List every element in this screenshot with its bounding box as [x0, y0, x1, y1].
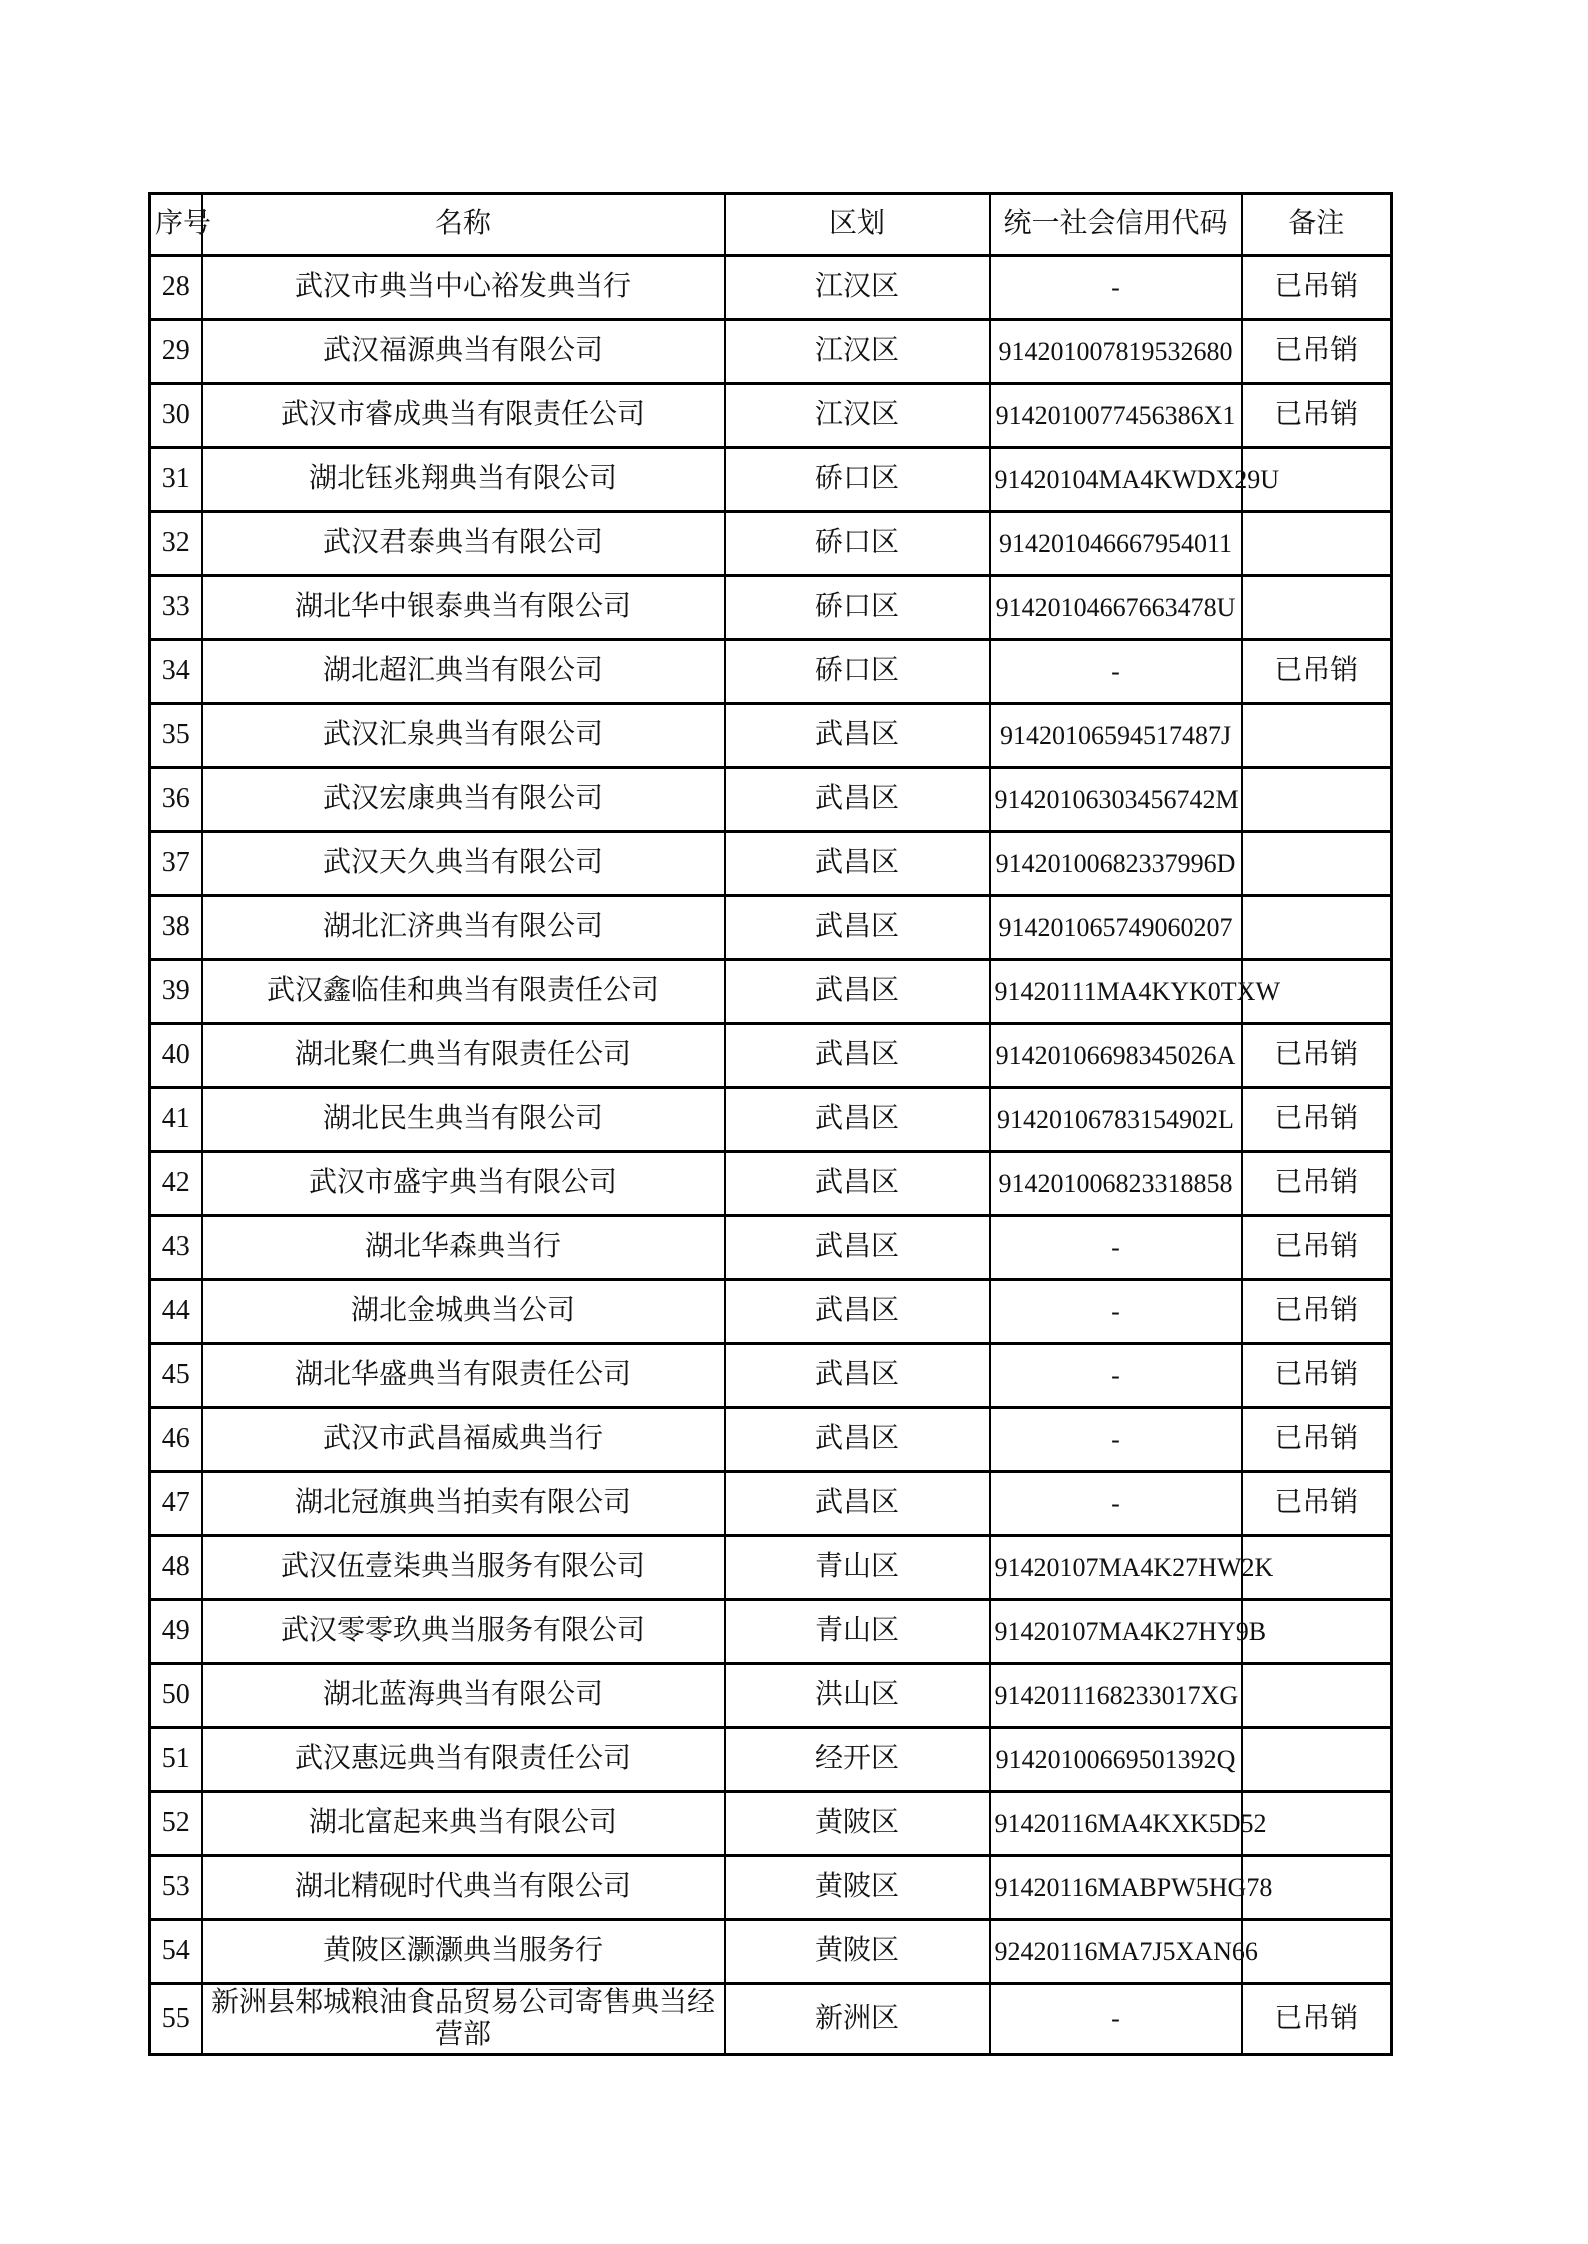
cell-district: 武昌区 — [725, 704, 990, 768]
cell-credit-code: 91420106303456742M — [990, 768, 1242, 832]
cell-name: 武汉伍壹柒典当服务有限公司 — [202, 1536, 725, 1600]
table-row: 30武汉市睿成典当有限责任公司江汉区9142010077456386X1已吊销 — [150, 384, 1392, 448]
header-row: 序号名称区划统一社会信用代码备注 — [150, 194, 1392, 256]
cell-remark — [1242, 832, 1392, 896]
cell-remark — [1242, 1664, 1392, 1728]
cell-remark — [1242, 1728, 1392, 1792]
table-row: 36武汉宏康典当有限公司武昌区91420106303456742M — [150, 768, 1392, 832]
cell-remark — [1242, 704, 1392, 768]
cell-index: 50 — [150, 1664, 202, 1728]
cell-credit-code: 91420106698345026A — [990, 1024, 1242, 1088]
cell-name: 湖北钰兆翔典当有限公司 — [202, 448, 725, 512]
cell-district: 武昌区 — [725, 1152, 990, 1216]
cell-name: 武汉宏康典当有限公司 — [202, 768, 725, 832]
cell-index: 47 — [150, 1472, 202, 1536]
cell-name: 武汉市睿成典当有限责任公司 — [202, 384, 725, 448]
cell-district: 江汉区 — [725, 256, 990, 320]
cell-name: 武汉市武昌福威典当行 — [202, 1408, 725, 1472]
table-row: 39武汉鑫临佳和典当有限责任公司武昌区91420111MA4KYK0TXW — [150, 960, 1392, 1024]
table-body: 28武汉市典当中心裕发典当行江汉区-已吊销29武汉福源典当有限公司江汉区9142… — [150, 256, 1392, 2055]
cell-district: 硚口区 — [725, 576, 990, 640]
cell-remark: 已吊销 — [1242, 1280, 1392, 1344]
cell-remark: 已吊销 — [1242, 640, 1392, 704]
cell-name: 湖北富起来典当有限公司 — [202, 1792, 725, 1856]
cell-remark: 已吊销 — [1242, 1088, 1392, 1152]
cell-district: 新洲区 — [725, 1984, 990, 2055]
cell-index: 53 — [150, 1856, 202, 1920]
cell-name: 武汉福源典当有限公司 — [202, 320, 725, 384]
cell-district: 武昌区 — [725, 896, 990, 960]
cell-district: 武昌区 — [725, 768, 990, 832]
cell-district: 黄陂区 — [725, 1856, 990, 1920]
table-row: 45湖北华盛典当有限责任公司武昌区-已吊销 — [150, 1344, 1392, 1408]
cell-name: 湖北民生典当有限公司 — [202, 1088, 725, 1152]
cell-name: 新洲县邾城粮油食品贸易公司寄售典当经营部 — [202, 1984, 725, 2055]
cell-index: 28 — [150, 256, 202, 320]
cell-index: 46 — [150, 1408, 202, 1472]
cell-index: 55 — [150, 1984, 202, 2055]
cell-name: 湖北精砚时代典当有限公司 — [202, 1856, 725, 1920]
cell-index: 42 — [150, 1152, 202, 1216]
cell-remark: 已吊销 — [1242, 1984, 1392, 2055]
cell-index: 43 — [150, 1216, 202, 1280]
cell-credit-code: - — [990, 1984, 1242, 2055]
cell-index: 39 — [150, 960, 202, 1024]
cell-credit-code: 91420104667663478U — [990, 576, 1242, 640]
cell-name: 湖北汇济典当有限公司 — [202, 896, 725, 960]
cell-district: 硚口区 — [725, 448, 990, 512]
table-row: 52湖北富起来典当有限公司黄陂区91420116MA4KXK5D52 — [150, 1792, 1392, 1856]
cell-district: 黄陂区 — [725, 1920, 990, 1984]
cell-district: 武昌区 — [725, 832, 990, 896]
table-row: 50湖北蓝海典当有限公司洪山区9142011168233017XG — [150, 1664, 1392, 1728]
cell-index: 32 — [150, 512, 202, 576]
cell-name: 湖北金城典当公司 — [202, 1280, 725, 1344]
cell-index: 41 — [150, 1088, 202, 1152]
cell-credit-code: 91420106783154902L — [990, 1088, 1242, 1152]
cell-remark: 已吊销 — [1242, 1344, 1392, 1408]
table-row: 53湖北精砚时代典当有限公司黄陂区91420116MABPW5HG78 — [150, 1856, 1392, 1920]
table-row: 29武汉福源典当有限公司江汉区914201007819532680已吊销 — [150, 320, 1392, 384]
cell-credit-code: - — [990, 640, 1242, 704]
cell-credit-code: 91420106594517487J — [990, 704, 1242, 768]
table-row: 34湖北超汇典当有限公司硚口区-已吊销 — [150, 640, 1392, 704]
table-row: 55新洲县邾城粮油食品贸易公司寄售典当经营部新洲区-已吊销 — [150, 1984, 1392, 2055]
cell-district: 经开区 — [725, 1728, 990, 1792]
cell-remark: 已吊销 — [1242, 1216, 1392, 1280]
cell-district: 江汉区 — [725, 384, 990, 448]
cell-index: 31 — [150, 448, 202, 512]
cell-credit-code: - — [990, 1344, 1242, 1408]
cell-name: 湖北聚仁典当有限责任公司 — [202, 1024, 725, 1088]
cell-remark: 已吊销 — [1242, 1152, 1392, 1216]
cell-district: 武昌区 — [725, 1088, 990, 1152]
cell-name: 湖北华盛典当有限责任公司 — [202, 1344, 725, 1408]
cell-district: 洪山区 — [725, 1664, 990, 1728]
cell-remark — [1242, 576, 1392, 640]
table-row: 51武汉惠远典当有限责任公司经开区91420100669501392Q — [150, 1728, 1392, 1792]
cell-credit-code: - — [990, 1280, 1242, 1344]
table-row: 46武汉市武昌福威典当行武昌区-已吊销 — [150, 1408, 1392, 1472]
cell-credit-code: 91420111MA4KYK0TXW — [990, 960, 1242, 1024]
cell-index: 40 — [150, 1024, 202, 1088]
cell-district: 武昌区 — [725, 1344, 990, 1408]
table-row: 48武汉伍壹柒典当服务有限公司青山区91420107MA4K27HW2K — [150, 1536, 1392, 1600]
cell-index: 52 — [150, 1792, 202, 1856]
cell-credit-code: 91420100669501392Q — [990, 1728, 1242, 1792]
cell-credit-code: 91420104MA4KWDX29U — [990, 448, 1242, 512]
table-row: 49武汉零零玖典当服务有限公司青山区91420107MA4K27HY9B — [150, 1600, 1392, 1664]
cell-index: 35 — [150, 704, 202, 768]
cell-district: 武昌区 — [725, 1280, 990, 1344]
cell-name: 湖北冠旗典当拍卖有限公司 — [202, 1472, 725, 1536]
table-row: 42武汉市盛宇典当有限公司武昌区914201006823318858已吊销 — [150, 1152, 1392, 1216]
table-row: 35武汉汇泉典当有限公司武昌区91420106594517487J — [150, 704, 1392, 768]
cell-credit-code: 91420107MA4K27HW2K — [990, 1536, 1242, 1600]
cell-credit-code: 91420116MABPW5HG78 — [990, 1856, 1242, 1920]
table-row: 38湖北汇济典当有限公司武昌区914201065749060207 — [150, 896, 1392, 960]
cell-credit-code: 914201065749060207 — [990, 896, 1242, 960]
cell-remark — [1242, 768, 1392, 832]
cell-district: 黄陂区 — [725, 1792, 990, 1856]
table-row: 31湖北钰兆翔典当有限公司硚口区91420104MA4KWDX29U — [150, 448, 1392, 512]
table-header: 序号名称区划统一社会信用代码备注 — [150, 194, 1392, 256]
table-row: 40湖北聚仁典当有限责任公司武昌区91420106698345026A已吊销 — [150, 1024, 1392, 1088]
cell-district: 青山区 — [725, 1536, 990, 1600]
table-row: 47湖北冠旗典当拍卖有限公司武昌区-已吊销 — [150, 1472, 1392, 1536]
cell-credit-code: 92420116MA7J5XAN66 — [990, 1920, 1242, 1984]
cell-index: 38 — [150, 896, 202, 960]
cell-remark — [1242, 896, 1392, 960]
cell-index: 49 — [150, 1600, 202, 1664]
cell-index: 34 — [150, 640, 202, 704]
table-row: 41湖北民生典当有限公司武昌区91420106783154902L已吊销 — [150, 1088, 1392, 1152]
cell-name: 武汉市盛宇典当有限公司 — [202, 1152, 725, 1216]
cell-name: 武汉市典当中心裕发典当行 — [202, 256, 725, 320]
cell-index: 54 — [150, 1920, 202, 1984]
cell-name: 湖北蓝海典当有限公司 — [202, 1664, 725, 1728]
cell-remark: 已吊销 — [1242, 320, 1392, 384]
cell-credit-code: 91420116MA4KXK5D52 — [990, 1792, 1242, 1856]
cell-district: 武昌区 — [725, 1024, 990, 1088]
cell-name: 湖北华森典当行 — [202, 1216, 725, 1280]
cell-name: 武汉惠远典当有限责任公司 — [202, 1728, 725, 1792]
col-header-index: 序号 — [150, 194, 202, 256]
cell-name: 武汉鑫临佳和典当有限责任公司 — [202, 960, 725, 1024]
cell-remark: 已吊销 — [1242, 384, 1392, 448]
table-row: 33湖北华中银泰典当有限公司硚口区91420104667663478U — [150, 576, 1392, 640]
cell-credit-code: 91420100682337996D — [990, 832, 1242, 896]
cell-index: 44 — [150, 1280, 202, 1344]
cell-index: 33 — [150, 576, 202, 640]
table-row: 43湖北华森典当行武昌区-已吊销 — [150, 1216, 1392, 1280]
cell-index: 30 — [150, 384, 202, 448]
table-row: 54黄陂区灏灏典当服务行黄陂区92420116MA7J5XAN66 — [150, 1920, 1392, 1984]
cell-credit-code: 91420107MA4K27HY9B — [990, 1600, 1242, 1664]
cell-district: 武昌区 — [725, 960, 990, 1024]
cell-credit-code: 914201007819532680 — [990, 320, 1242, 384]
cell-remark: 已吊销 — [1242, 256, 1392, 320]
cell-credit-code: 914201006823318858 — [990, 1152, 1242, 1216]
col-header-credit-code: 统一社会信用代码 — [990, 194, 1242, 256]
cell-district: 硚口区 — [725, 512, 990, 576]
cell-name: 武汉零零玖典当服务有限公司 — [202, 1600, 725, 1664]
cell-index: 36 — [150, 768, 202, 832]
cell-remark: 已吊销 — [1242, 1472, 1392, 1536]
cell-district: 武昌区 — [725, 1408, 990, 1472]
cell-name: 武汉君泰典当有限公司 — [202, 512, 725, 576]
cell-name: 武汉汇泉典当有限公司 — [202, 704, 725, 768]
cell-district: 武昌区 — [725, 1216, 990, 1280]
cell-district: 青山区 — [725, 1600, 990, 1664]
col-header-name: 名称 — [202, 194, 725, 256]
cell-remark — [1242, 1920, 1392, 1984]
cell-index: 45 — [150, 1344, 202, 1408]
table-row: 28武汉市典当中心裕发典当行江汉区-已吊销 — [150, 256, 1392, 320]
cell-name: 黄陂区灏灏典当服务行 — [202, 1920, 725, 1984]
document-page: 序号名称区划统一社会信用代码备注 28武汉市典当中心裕发典当行江汉区-已吊销29… — [0, 0, 1588, 2244]
cell-name: 武汉天久典当有限公司 — [202, 832, 725, 896]
cell-credit-code: - — [990, 1408, 1242, 1472]
cell-remark — [1242, 512, 1392, 576]
col-header-remark: 备注 — [1242, 194, 1392, 256]
cell-remark: 已吊销 — [1242, 1024, 1392, 1088]
cell-credit-code: 9142011168233017XG — [990, 1664, 1242, 1728]
cell-credit-code: 9142010077456386X1 — [990, 384, 1242, 448]
cell-name: 湖北超汇典当有限公司 — [202, 640, 725, 704]
cell-district: 硚口区 — [725, 640, 990, 704]
cell-credit-code: - — [990, 1472, 1242, 1536]
cell-index: 37 — [150, 832, 202, 896]
table-row: 37武汉天久典当有限公司武昌区91420100682337996D — [150, 832, 1392, 896]
cell-index: 48 — [150, 1536, 202, 1600]
cell-credit-code: 914201046667954011 — [990, 512, 1242, 576]
cell-name: 湖北华中银泰典当有限公司 — [202, 576, 725, 640]
cell-district: 武昌区 — [725, 1472, 990, 1536]
table-row: 44湖北金城典当公司武昌区-已吊销 — [150, 1280, 1392, 1344]
cell-remark: 已吊销 — [1242, 1408, 1392, 1472]
cell-credit-code: - — [990, 1216, 1242, 1280]
cell-index: 29 — [150, 320, 202, 384]
col-header-district: 区划 — [725, 194, 990, 256]
cell-index: 51 — [150, 1728, 202, 1792]
pawnshop-table: 序号名称区划统一社会信用代码备注 28武汉市典当中心裕发典当行江汉区-已吊销29… — [148, 192, 1393, 2056]
cell-district: 江汉区 — [725, 320, 990, 384]
table-row: 32武汉君泰典当有限公司硚口区914201046667954011 — [150, 512, 1392, 576]
cell-credit-code: - — [990, 256, 1242, 320]
